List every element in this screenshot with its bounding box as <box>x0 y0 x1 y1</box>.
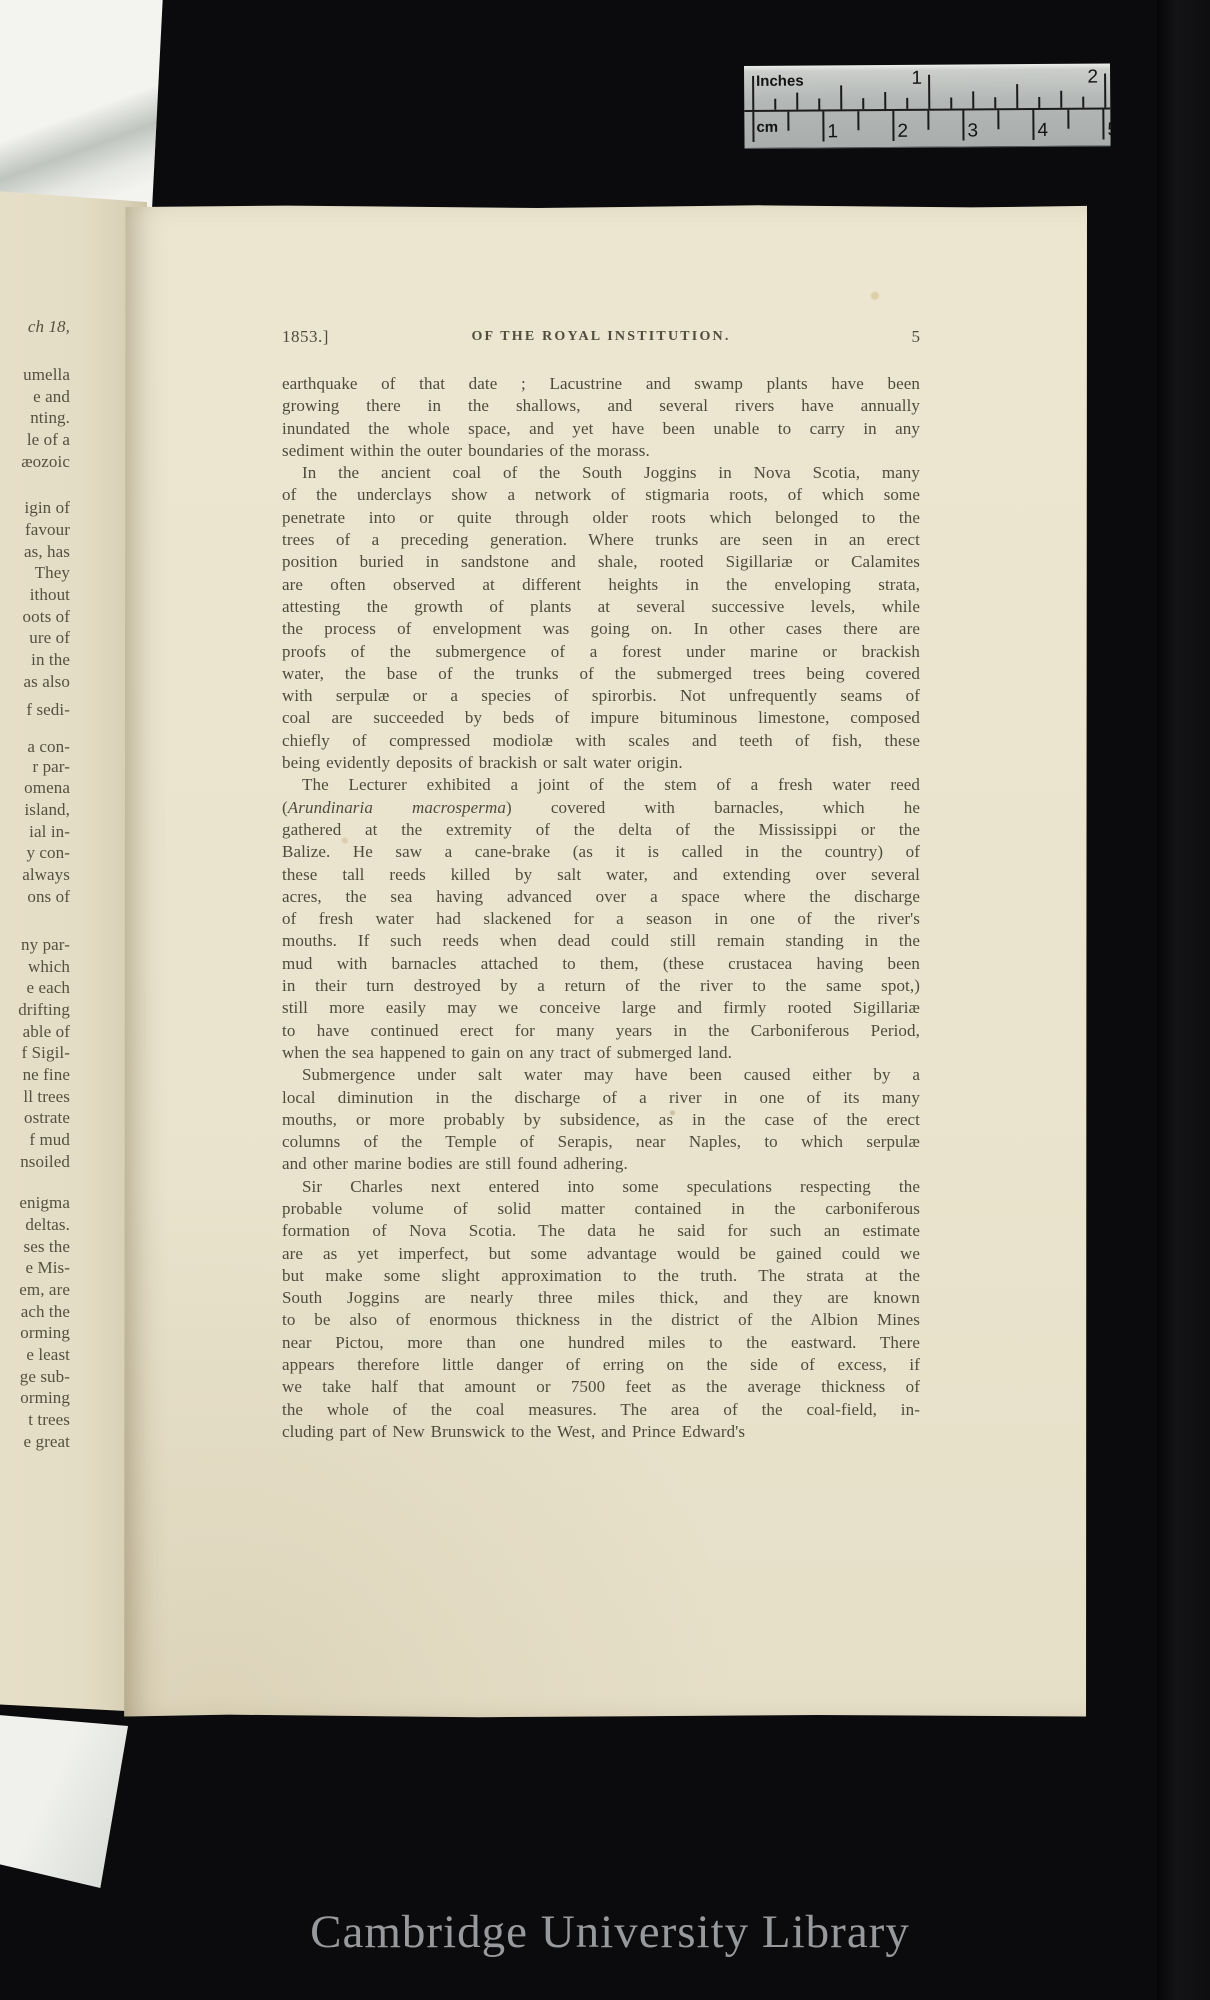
left-page-fragment: able of <box>23 1022 70 1042</box>
left-page-fragment: e great <box>24 1432 70 1452</box>
body-line: columns of the Temple of Serapis, near N… <box>282 1131 920 1153</box>
ruler-tick <box>818 98 820 109</box>
ruler-inch-number: 1 <box>898 68 922 90</box>
ruler-tick <box>892 111 894 141</box>
cradle-platen-corner <box>0 0 166 212</box>
left-page-fragment: æozoic <box>21 452 70 472</box>
ruler-tick <box>787 112 789 131</box>
ruler-tick <box>994 97 996 108</box>
ruler: Inches cm 1212345 <box>744 63 1111 149</box>
body-text: earthquake of that date ; Lacustrine and… <box>282 373 920 1443</box>
body-line: water, the base of the trunks of the sub… <box>282 663 920 685</box>
left-page-fragment: in the <box>31 650 70 670</box>
ruler-cm-number: 5 <box>1107 119 1110 141</box>
body-line: are as yet imperfect, but some advantage… <box>282 1243 920 1265</box>
ruler-tick <box>862 98 864 109</box>
left-page-fragment: deltas. <box>25 1215 70 1235</box>
left-page-fragment: umella <box>23 365 70 385</box>
body-line: proofs of the submergence of a forest un… <box>282 641 920 663</box>
left-page-fragment: as also <box>24 672 71 692</box>
left-page-fragment: orming <box>20 1323 70 1343</box>
left-page-fragment: f Sigil- <box>22 1043 71 1063</box>
body-line: of the underclays show a network of stig… <box>282 484 920 506</box>
left-page-fragment: t trees <box>28 1410 70 1430</box>
header-title: OF THE ROYAL INSTITUTION. <box>282 329 920 345</box>
ruler-cm-label: cm <box>756 119 778 136</box>
left-page-fragment: e Mis- <box>25 1258 70 1278</box>
body-line: coal are succeeded by beds of impure bit… <box>282 707 920 729</box>
ruler-cm-number: 2 <box>897 121 908 143</box>
left-page-fragment: ons of <box>27 887 70 907</box>
body-line: still more easily may we conceive large … <box>282 997 920 1019</box>
ruler-tick <box>752 112 754 142</box>
ruler-tick <box>1016 84 1018 108</box>
body-line: sediment within the outer boundaries of … <box>282 440 920 462</box>
left-page-fragment: ach the <box>21 1302 70 1322</box>
left-page-fragment: ithout <box>30 585 70 605</box>
left-page-fragment: a con- <box>27 737 70 757</box>
left-page-fragment: They <box>35 563 70 583</box>
header-page-number: 5 <box>912 327 921 347</box>
left-page-fragment: orming <box>20 1388 70 1408</box>
body-line: of fresh water had slackened for a seaso… <box>282 908 920 930</box>
body-line: probable volume of solid matter containe… <box>282 1198 920 1220</box>
ruler-cm-number: 3 <box>967 120 978 142</box>
body-line: the whole of the coal measures. The area… <box>282 1399 920 1421</box>
left-page-fragment: which <box>28 957 70 977</box>
ruler-tick <box>822 111 824 141</box>
body-line: acres, the sea having advanced over a sp… <box>282 886 920 908</box>
body-line: and other marine bodies are still found … <box>282 1153 920 1175</box>
left-page-fragment: nsoiled <box>20 1152 70 1172</box>
left-page-fragment: em, are <box>19 1280 70 1300</box>
left-page-fragment: y con- <box>26 843 70 863</box>
left-page-fragment: favour <box>25 520 70 540</box>
ruler-inches-label: Inches <box>756 73 804 90</box>
left-page-fragment: e and <box>33 387 70 407</box>
main-page: 1853.] OF THE ROYAL INSTITUTION. 5 earth… <box>123 205 1087 1718</box>
body-line: near Pictou, more than one hundred miles… <box>282 1332 920 1354</box>
body-line: cluding part of New Brunswick to the Wes… <box>282 1421 920 1443</box>
ruler-tick <box>962 110 964 140</box>
body-line: position buried in sandstone and shale, … <box>282 551 920 573</box>
ruler-tick <box>928 75 930 109</box>
ruler-tick <box>1067 110 1069 129</box>
body-line: we take half that amount or 7500 feet as… <box>282 1376 920 1398</box>
ruler-tick <box>1032 110 1034 140</box>
body-line: attesting the growth of plants at severa… <box>282 596 920 618</box>
body-line: are often observed at different heights … <box>282 574 920 596</box>
body-line: formation of Nova Scotia. The data he sa… <box>282 1220 920 1242</box>
body-line: trees of a preceding generation. Where t… <box>282 529 920 551</box>
body-line: in their turn destroyed by a return of t… <box>282 975 920 997</box>
ruler-tick <box>840 85 842 109</box>
ruler-tick <box>1038 97 1040 108</box>
ruler-cm-number: 4 <box>1037 120 1048 142</box>
left-page-fragment: oots of <box>23 607 70 627</box>
ruler-tick <box>1082 97 1084 108</box>
left-page-fragment: ny par- <box>21 935 70 955</box>
left-page-fragment: e each <box>26 978 70 998</box>
body-line: but make some slight approximation to th… <box>282 1265 920 1287</box>
cradle-platen-wedge <box>0 1706 132 1888</box>
velvet-backdrop-seam <box>1157 0 1210 2000</box>
left-page-fragment: drifting <box>18 1000 70 1020</box>
ruler-tick <box>774 99 776 110</box>
left-page-fragment: e least <box>26 1345 70 1365</box>
body-line: appears therefore little danger of errin… <box>282 1354 920 1376</box>
left-page-fragment: as, has <box>24 542 70 562</box>
body-line: the process of envelopment was going on.… <box>282 618 920 640</box>
ruler-tick <box>927 111 929 130</box>
left-page-fragment: ge sub- <box>20 1367 70 1387</box>
left-page-fragment: r par- <box>32 757 70 777</box>
body-line: South Joggins are nearly three miles thi… <box>282 1287 920 1309</box>
body-line: The Lecturer exhibited a joint of the st… <box>282 774 920 796</box>
ruler-tick <box>1060 91 1062 108</box>
ruler-tick <box>752 76 754 110</box>
body-line: chiefly of compressed modiolæ with scale… <box>282 730 920 752</box>
body-line: growing there in the shallows, and sever… <box>282 395 920 417</box>
ruler-tick <box>796 93 798 110</box>
left-page-fragment: ch 18, <box>28 317 70 337</box>
body-line: mud with barnacles attached to them, (th… <box>282 953 920 975</box>
left-page-fragment: f mud <box>29 1130 70 1150</box>
body-line: mouths. If such reeds when dead could st… <box>282 930 920 952</box>
left-page-fragment: ne fine <box>23 1065 70 1085</box>
body-line: with serpulæ or a species of spirorbis. … <box>282 685 920 707</box>
left-page-fragment: island, <box>24 800 70 820</box>
body-line: Balize. He saw a cane-brake (as it is ca… <box>282 841 920 863</box>
left-page-fragment: nting. <box>30 408 70 428</box>
body-line: (Arundinaria macrosperma) covered with b… <box>282 797 920 819</box>
ruler-tick <box>857 111 859 130</box>
ruler-tick <box>1102 109 1104 139</box>
body-line: to have continued erect for many years i… <box>282 1020 920 1042</box>
left-page-fragment: enigma <box>19 1193 70 1213</box>
page-header: 1853.] OF THE ROYAL INSTITUTION. 5 <box>282 327 920 349</box>
body-line: gathered at the extremity of the delta o… <box>282 819 920 841</box>
body-line: when the sea happened to gain on any tra… <box>282 1042 920 1064</box>
left-page-fragment: ses the <box>24 1237 71 1257</box>
left-page-fragment: le of a <box>27 430 70 450</box>
ruler-tick <box>972 91 974 108</box>
ruler-tick <box>997 110 999 129</box>
body-line: to be also of enormous thickness in the … <box>282 1309 920 1331</box>
body-line: being evidently deposits of brackish or … <box>282 752 920 774</box>
ruler-tick <box>950 98 952 109</box>
library-watermark: Cambridge University Library <box>5 1905 1210 1959</box>
body-line: inundated the whole space, and yet have … <box>282 418 920 440</box>
body-line: mouths, or more probably by subsidence, … <box>282 1109 920 1131</box>
left-page-fragment: omena <box>24 778 70 798</box>
ruler-cm-number: 1 <box>827 121 838 143</box>
body-line: earthquake of that date ; Lacustrine and… <box>282 373 920 395</box>
body-line: Sir Charles next entered into some specu… <box>282 1176 920 1198</box>
body-line: these tall reeds killed by salt water, a… <box>282 864 920 886</box>
ruler-inch-number: 2 <box>1074 67 1098 89</box>
body-line: penetrate into or quite through older ro… <box>282 507 920 529</box>
ruler-tick <box>1104 73 1106 107</box>
body-line: Submergence under salt water may have be… <box>282 1064 920 1086</box>
body-line: In the ancient coal of the South Joggins… <box>282 462 920 484</box>
left-page-fragment: ial in- <box>29 822 70 842</box>
left-page-fragment: always <box>22 865 70 885</box>
left-page-fragment: f sedi- <box>26 700 70 720</box>
body-line: local diminution in the discharge of a r… <box>282 1087 920 1109</box>
ruler-tick <box>884 92 886 109</box>
left-page-fragment: ll trees <box>23 1087 70 1107</box>
left-page-fragment: igin of <box>24 498 70 518</box>
ruler-tick <box>906 98 908 109</box>
left-page-fragment: ostrate <box>24 1108 70 1128</box>
left-page-fragment: ure of <box>29 628 70 648</box>
